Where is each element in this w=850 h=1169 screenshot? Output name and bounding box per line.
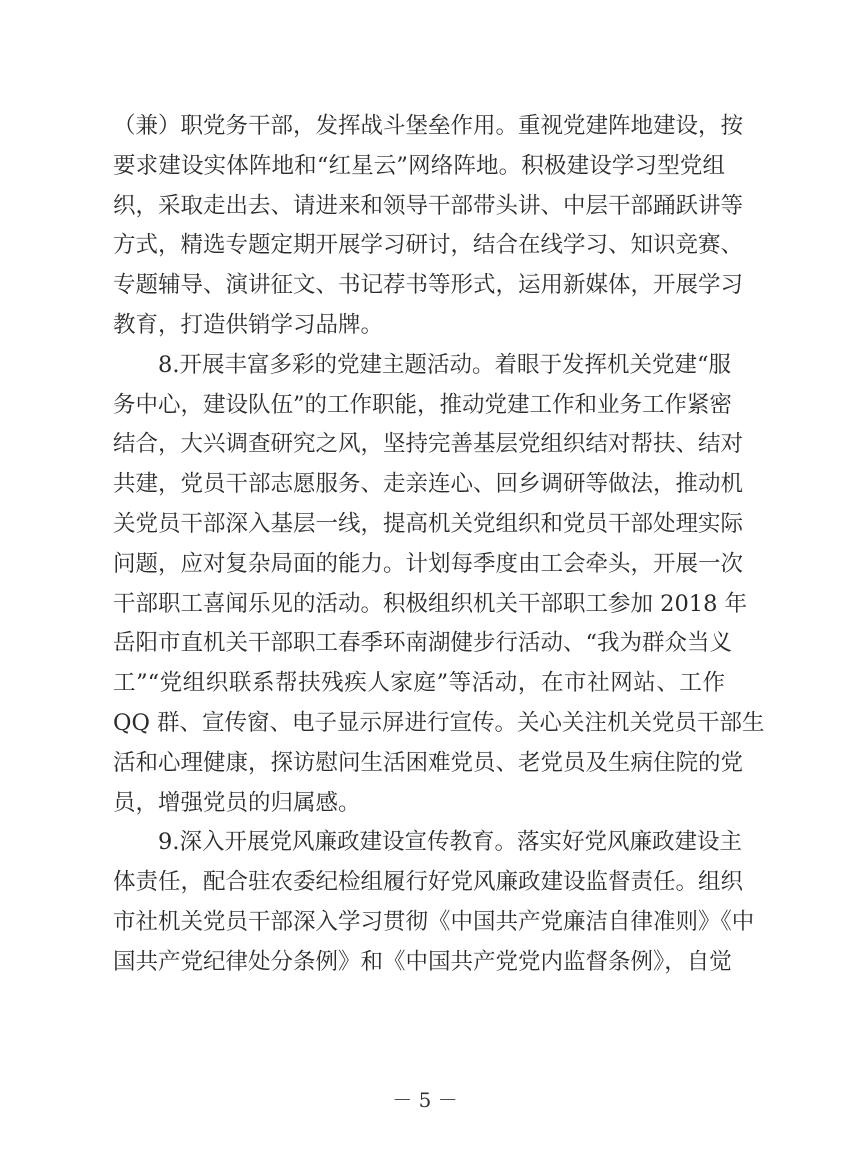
text-line: 务中心，建设队伍”的工作职能，推动党建工作和业务工作紧密 bbox=[113, 386, 725, 426]
text-line: 岳阳市直机关干部职工春季环南湖健步行活动、“我为群众当义 bbox=[113, 624, 725, 664]
document-page: （兼）职党务干部，发挥战斗堡垒作用。重视党建阵地建设，按 要求建设实体阵地和“红… bbox=[0, 0, 850, 1169]
text-line: 共建，党员干部志愿服务、走亲连心、回乡调研等做法，推动机 bbox=[113, 465, 725, 505]
text-line: 教育，打造供销学习品牌。 bbox=[113, 306, 725, 346]
text-line: 工”“党组织联系帮扶残疾人家庭”等活动，在市社网站、工作 bbox=[113, 664, 725, 704]
text-line: 要求建设实体阵地和“红星云”网络阵地。积极建设学习型党组 bbox=[113, 147, 725, 187]
text-line: 问题，应对复杂局面的能力。计划每季度由工会牵头，开展一次 bbox=[113, 545, 725, 585]
text-line: 体责任，配合驻农委纪检组履行好党风廉政建设监督责任。组织 bbox=[113, 863, 725, 903]
text-line: 织，采取走出去、请进来和领导干部带头讲、中层干部踊跃讲等 bbox=[113, 187, 725, 227]
text-line: QQ 群、宣传窗、电子显示屏进行宣传。关心关注机关党员干部生 bbox=[113, 704, 725, 744]
page-number: － 5 － bbox=[0, 1084, 850, 1113]
document-body: （兼）职党务干部，发挥战斗堡垒作用。重视党建阵地建设，按 要求建设实体阵地和“红… bbox=[113, 107, 725, 983]
text-line: 市社机关党员干部深入学习贯彻《中国共产党廉洁自律准则》《中 bbox=[113, 903, 725, 943]
text-line: 员，增强党员的归属感。 bbox=[113, 784, 725, 824]
text-line: 干部职工喜闻乐见的活动。积极组织机关干部职工参加 2018 年 bbox=[113, 585, 725, 625]
text-line: 国共产党纪律处分条例》和《中国共产党党内监督条例》，自觉 bbox=[113, 943, 725, 983]
text-line: 活和心理健康，探访慰问生活困难党员、老党员及生病住院的党 bbox=[113, 744, 725, 784]
text-line: （兼）职党务干部，发挥战斗堡垒作用。重视党建阵地建设，按 bbox=[113, 107, 725, 147]
section-8-heading-line: 8.开展丰富多彩的党建主题活动。着眼于发挥机关党建“服 bbox=[113, 346, 725, 386]
section-9-heading-line: 9.深入开展党风廉政建设宣传教育。落实好党风廉政建设主 bbox=[113, 823, 725, 863]
text-line: 关党员干部深入基层一线，提高机关党组织和党员干部处理实际 bbox=[113, 505, 725, 545]
text-line: 结合，大兴调查研究之风，坚持完善基层党组织结对帮扶、结对 bbox=[113, 425, 725, 465]
text-line: 专题辅导、演讲征文、书记荐书等形式，运用新媒体，开展学习 bbox=[113, 266, 725, 306]
text-line: 方式，精选专题定期开展学习研讨，结合在线学习、知识竞赛、 bbox=[113, 226, 725, 266]
